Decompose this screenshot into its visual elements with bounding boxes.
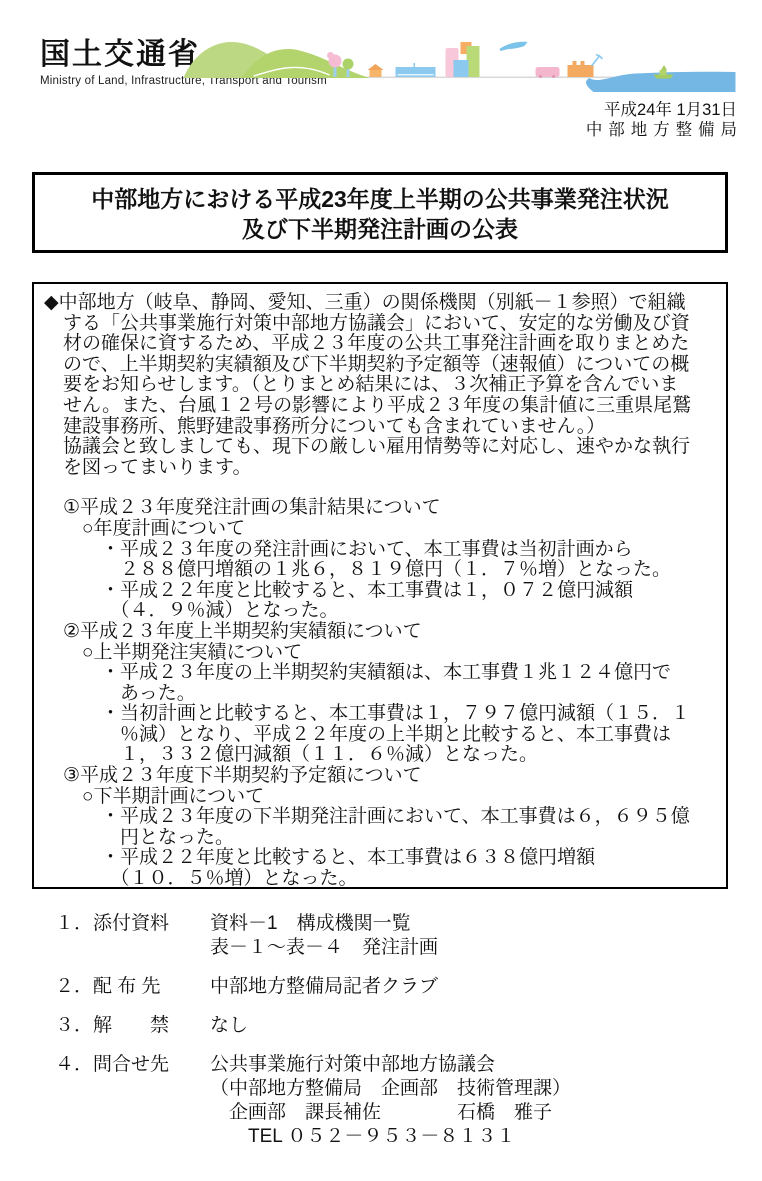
title-line-2: 及び下半期発注計画の公表	[35, 214, 725, 244]
bus-wheel2-shape	[552, 75, 555, 78]
footer-item-label: ３．解 禁	[55, 1014, 210, 1038]
footer-item-label: ４．問合せ先	[55, 1053, 210, 1149]
footer-item-label: ２．配 布 先	[55, 975, 210, 999]
boat-cabin-shape	[660, 70, 667, 75]
notice-box: ◆中部地方（岐阜、静岡、愛知、三重）の関係機関（別紙－１参照）で組織 する「公共…	[32, 282, 728, 889]
intro-paragraph: ◆中部地方（岐阜、静岡、愛知、三重）の関係機関（別紙－１参照）で組織 する「公共…	[44, 293, 720, 478]
boat-mast-shape	[661, 65, 667, 70]
issuing-bureau: 中部地方整備局	[586, 120, 743, 140]
footer-item-value: 公共事業施行対策中部地方協議会 （中部地方整備局 企画部 技術管理課） 企画部 …	[210, 1053, 571, 1149]
blue-block-shape	[454, 60, 469, 77]
boat-hull-shape	[654, 75, 674, 79]
footer-item-value: 資料－1 構成機関一覧 表－１～表－４ 発注計画	[210, 912, 438, 960]
bus-wheel-shape	[539, 75, 542, 78]
footer-item-value: 中部地方整備局記者クラブ	[210, 975, 438, 999]
header-illustration	[182, 34, 737, 92]
summary-detail-paragraph: ①平成２３年度発注計画の集計結果について ○年度計画について ・平成２３年度の発…	[44, 498, 720, 889]
footer-item-contact: ４．問合せ先 公共事業施行対策中部地方協議会 （中部地方整備局 企画部 技術管理…	[32, 1053, 742, 1149]
tree-trunk-shape	[334, 66, 337, 77]
footer-list: １．添付資料 資料－1 構成機関一覧 表－１～表－４ 発注計画 ２．配 布 先 …	[32, 912, 742, 1164]
date-block: 平成24年 1月31日 中部地方整備局	[586, 100, 737, 140]
green-tree-shape	[343, 59, 354, 70]
footer-item-attachments: １．添付資料 資料－1 構成機関一覧 表－１～表－４ 発注計画	[32, 912, 742, 960]
bus-shape	[536, 67, 560, 77]
blossom-top-shape	[327, 52, 334, 59]
house-shape	[370, 70, 382, 77]
station-antenna-shape	[414, 63, 416, 67]
footer-item-label: １．添付資料	[55, 912, 210, 960]
footer-item-embargo: ３．解 禁 なし	[32, 1014, 742, 1038]
title-box: 中部地方における平成23年度上半期の公共事業発注状況 及び下半期発注計画の公表	[32, 172, 728, 253]
station-building-shape	[396, 67, 436, 77]
release-date: 平成24年 1月31日	[586, 100, 737, 120]
title-line-1: 中部地方における平成23年度上半期の公共事業発注状況	[35, 184, 725, 214]
crane-shape	[592, 55, 603, 67]
station-windows-shape	[398, 74, 434, 75]
house-roof-shape	[368, 64, 384, 70]
footer-item-value: なし	[210, 1014, 248, 1038]
factory-shape	[568, 61, 594, 77]
footer-item-distribution: ２．配 布 先 中部地方整備局記者クラブ	[32, 975, 742, 999]
press-release-page: 国土交通省 Ministry of Land, Infrastructure, …	[0, 0, 762, 1181]
airplane-icon	[500, 42, 528, 51]
